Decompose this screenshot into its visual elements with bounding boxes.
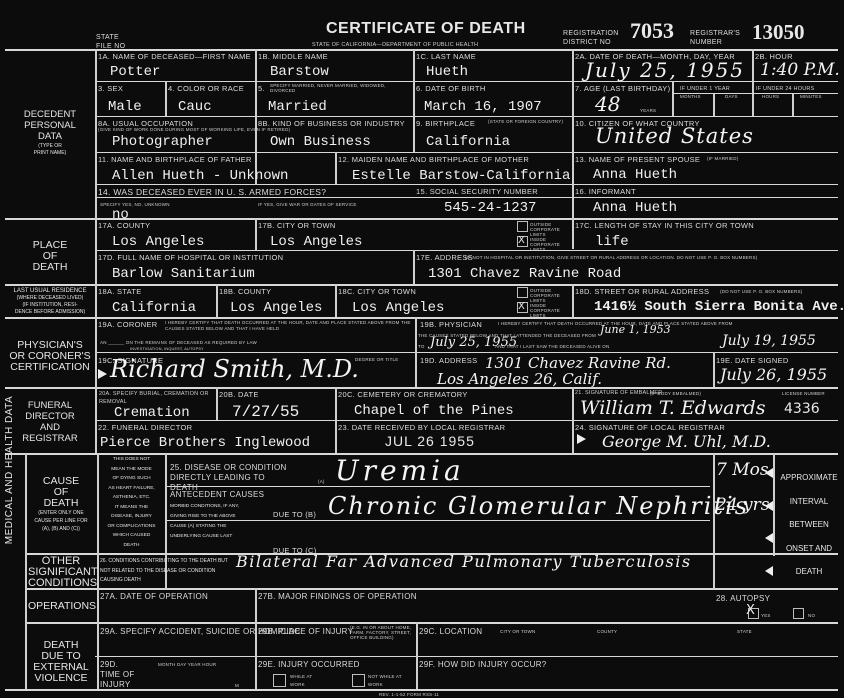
field-label: 18b. COUNTY [219,287,271,296]
months-label: MONTHS [680,94,701,99]
registrar-number: 13050 [752,20,805,45]
arrow-icon [98,369,107,379]
divider [335,152,337,185]
hours-label: HOURS [762,94,779,99]
minutes-label: MINUTES [800,94,822,99]
section-external-violence: DEATHDUE TOEXTERNALVIOLENCE [28,640,94,684]
time-of-injury-m: M [235,683,239,688]
occupation-value: Photographer [112,134,213,150]
spouse-value: Anna Hueth [593,167,677,183]
section-place-of-death: PLACEOFDEATH [8,240,92,273]
physician-to-label: TO [418,344,425,349]
residence-outside-limits-checkbox[interactable] [517,287,528,298]
ssn-value: 545-24-1237 [444,200,536,216]
interval-labels: APPROXIMATEINTERVALBETWEENONSET ANDDEATH [775,466,843,584]
divider [335,284,337,317]
field-label: 19b. PHYSICIAN [420,320,482,329]
residence-inside-limits-mark: X [518,301,525,312]
divider [95,352,838,353]
field-sublabel: (IF MARRIED) [707,156,738,161]
inside-limits-mark: X [518,235,525,246]
cause-a-value: Uremia [335,454,465,487]
arrow-icon [765,468,773,478]
autopsy-yes-label: YES [761,613,771,618]
field-label: 1a. NAME OF DECEASED—FIRST NAME [98,52,251,61]
field-label: 20c. CEMETERY OR CREMATORY [338,390,468,399]
divider [25,588,838,590]
section-certification: PHYSICIAN'SOR CORONER'SCERTIFICATION [8,340,92,373]
section-cause-of-death: CAUSEOFDEATH (ENTER ONLY ONECAUSE PER LI… [28,476,94,533]
funeral-director-value: Pierce Brothers Inglewood [100,435,310,451]
arrow-icon [765,501,773,511]
age-value: 48 [595,92,620,116]
divider [572,284,574,317]
field-sublabel: (DO NOT USE P. O. BOX NUMBERS) [720,289,802,294]
registration-district-label: REGISTRATIONDISTRICT NO [563,29,619,47]
divider [95,197,838,198]
field-label: 3. SEX [98,84,123,93]
field-label: 17c. LENGTH OF STAY IN THIS CITY OR TOWN [575,221,754,230]
location-county-label: COUNTY [597,629,617,634]
field-label: 24. SIGNATURE OF LOCAL REGISTRAR [575,423,725,432]
attended-from-value: June 1, 1953 [600,323,671,336]
not-while-at-work-checkbox[interactable] [352,674,365,687]
divider [5,317,838,319]
field-label: 20a. SPECIFY BURIAL, CREMATION OR REMOVA… [99,390,209,406]
section-medical-vertical: MEDICAL AND HEALTH DATA [4,370,15,570]
divider [713,93,715,116]
field-label: 5. [258,84,265,93]
divider [672,81,674,116]
residence-state-value: California [112,300,196,316]
interval-a-value: 7 Mos [716,460,769,480]
death-city-value: Los Angeles [270,234,362,250]
divider [5,387,838,389]
marital-status-value: Married [268,99,327,115]
autopsy-yes-mark: X [746,603,755,618]
under-year-label: IF UNDER 1 YEAR [680,86,730,92]
field-sublabel: IF YES, GIVE WAR OR DATES OF SERVICE [258,202,357,207]
section-last-residence: LAST USUAL RESIDENCE(WHERE DECEASED LIVE… [6,288,94,316]
location-city-label: CITY OR TOWN [500,629,535,634]
last-seen-value: July 19, 1955 [722,333,816,349]
field-label: 4. COLOR OR RACE [168,84,244,93]
other-conditions-value: Bilateral Far Advanced Pulmonary Tubercu… [236,552,692,571]
divider [95,152,838,153]
location-state-label: STATE [737,629,752,634]
field-label: 17a. COUNTY [98,221,150,230]
divider [415,317,417,387]
field-label: 27a. DATE OF OPERATION [100,592,208,601]
divider [413,250,415,284]
race-value: Cauc [178,99,212,115]
registrar-signature: George M. Uhl, M.D. [602,432,771,451]
outside-limits-label: OUTSIDE CORPORATE LIMITS [530,288,570,303]
field-label: 16. INFORMANT [575,187,636,196]
divider [335,387,337,453]
registration-district-number: 7053 [630,18,674,44]
section-other-conditions: OTHERSIGNIFICANTCONDITIONS [28,556,94,589]
physician-signature: Richard Smith, M.D. [110,355,359,383]
hospital-value: Barlow Sanitarium [112,266,255,282]
embalmer-signature: William T. Edwards [580,397,765,419]
divider [95,420,838,421]
field-label: 19a. CORONER [98,320,157,329]
section-decedent: DECEDENTPERSONALDATA (TYPE ORPRINT NAME) [8,109,92,156]
under-24-label: IF UNDER 24 HOURS [756,86,814,92]
divider [165,81,167,116]
field-label: 25. DISEASE OR CONDITION DIRECTLY LEADIN… [170,463,295,493]
divider [25,453,27,689]
field-label: 19e. DATE SIGNED [716,356,789,365]
while-at-work-label: WHILE AT WORK [290,673,320,689]
field-label: 8b. KIND OF BUSINESS OR INDUSTRY [258,119,405,128]
field-label: 11. NAME AND BIRTHPLACE OF FATHER [98,155,252,164]
license-label: LICENSE NUMBER [782,391,825,396]
due-to-b-label: DUE TO (B) [273,510,316,519]
field-label: 29f. HOW DID INJURY OCCUR? [419,660,547,669]
field-label: 19d. ADDRESS [420,356,477,365]
field-label: 22. FUNERAL DIRECTOR [98,423,192,432]
field-label: 1c. LAST NAME [416,52,476,61]
coroner-text-2: AN ______ ON THE REMAINS OF DECEASED AS … [100,340,257,345]
length-of-stay-value: life [595,234,629,250]
field-label: 29c. LOCATION [419,627,482,636]
autopsy-no-checkbox[interactable] [793,608,804,619]
field-sublabel: (E.G. IN OR ABOUT HOME, FARM, FACTORY, S… [350,625,420,640]
field-label: 13. NAME OF PRESENT SPOUSE [575,155,700,164]
divider [165,520,710,521]
divider [216,387,218,420]
certificate-title: CERTIFICATE OF DEATH [326,20,526,38]
informant-value: Anna Hueth [593,200,677,216]
disposition-value: Cremation [114,405,190,421]
section-operations: OPERATIONS [28,601,94,612]
last-name-value: Hueth [426,64,468,80]
field-label: 28. AUTOPSY [716,594,770,603]
cause-b-value: Chronic Glomerular Nephritis [328,492,749,520]
field-label: 18d. STREET OR RURAL ADDRESS [575,287,709,296]
physician-text-4: AND THAT I LAST SAW THE DECEASED ALIVE O… [495,344,609,349]
field-label: 7. AGE (LAST BIRTHDAY) [575,84,670,93]
field-label: 29d. TIME OF INJURY [100,660,140,690]
field-sublabel: SPECIFY MARRIED, NEVER MARRIED, WIDOWED,… [270,84,390,93]
divider [5,284,838,286]
divider [95,250,838,251]
field-label: 18a. STATE [98,287,142,296]
field-label: 18c. CITY OR TOWN [338,287,416,296]
sex-value: Male [108,99,142,115]
outside-limits-label: OUTSIDE CORPORATE LIMITS [530,222,570,237]
mother-value: Estelle Barstow-California [352,168,570,184]
field-label: 23. DATE RECEIVED BY LOCAL REGISTRAR [338,423,505,432]
divider [95,656,838,657]
field-label: 20b. DATE [219,390,259,399]
divider [216,284,218,317]
embalmer-license-value: 4336 [784,401,820,417]
divider [255,49,257,185]
not-while-at-work-label: NOT WHILE AT WORK [368,673,408,689]
field-label: 9. BIRTHPLACE [416,119,475,128]
residence-address-value: 1416½ South Sierra Bonita Ave. [594,299,844,315]
business-value: Own Business [270,134,371,150]
field-label: 26. CONDITIONS CONTRIBUTING TO THE DEATH… [100,557,235,586]
divider [572,387,574,453]
divider [5,218,838,220]
residence-city-value: Los Angeles [352,300,444,316]
divider [255,588,257,689]
divider [25,622,838,624]
date-of-death-value: July 25, 1955 [585,58,745,82]
field-label: 27b. MAJOR FINDINGS OF OPERATION [258,592,417,601]
cause-disclaimer: THIS DOES NOTMEAN THE MODEOF DYING SUCHA… [98,455,165,550]
birthplace-value: California [426,134,510,150]
inside-limits-label: INSIDE CORPORATE LIMITS [530,237,570,252]
father-value: Allen Hueth - Unknown [112,168,288,184]
field-sublabel: (IF NOT IN HOSPITAL OR INSTITUTION, GIVE… [465,255,757,260]
coroner-text-3: INVESTIGATION, INQUEST, AUTOPSY [130,347,204,351]
residence-county-value: Los Angeles [230,300,322,316]
arrow-icon [765,566,773,576]
age-unit: YEARS [640,108,656,113]
antecedent-note: MORBID CONDITIONS, IF ANY,GIVING RISE TO… [170,502,239,542]
field-sublabel: (IF BODY EMBALMED) [650,391,701,396]
disposition-date-value: 7/27/55 [232,403,299,421]
field-label: 15. SOCIAL SECURITY NUMBER [416,187,538,196]
field-label: 1b. MIDDLE NAME [258,52,328,61]
outside-limits-checkbox[interactable] [517,221,528,232]
field-sublabel: (STATE OR FOREIGN COUNTRY) [488,119,563,124]
antecedent-label: ANTECEDENT CAUSES [170,490,264,499]
certificate-subtitle: STATE OF CALIFORNIA—DEPARTMENT OF PUBLIC… [312,42,478,48]
field-sublabel: SPECIFY YES, NO, UNKNOWN [100,202,170,207]
divider [95,116,838,117]
registrar-number-label: REGISTRAR'SNUMBER [690,29,740,47]
citizenship-value: United States [595,124,754,148]
field-label: 29e. INJURY OCCURRED [258,660,360,669]
arrow-icon [577,434,586,444]
cemetery-value: Chapel of the Pines [354,403,514,419]
date-of-birth-value: March 16, 1907 [424,99,542,115]
divider [752,49,754,81]
form-number: REV. 1-1-52 FORM RSS-11 [379,692,439,697]
divider [95,184,838,185]
divider [255,218,257,250]
divider [572,49,574,249]
divider [95,49,97,453]
coroner-text: I HEREBY CERTIFY THAT DEATH OCCURRED AT … [165,320,415,332]
date-signed-value: July 26, 1955 [720,365,827,384]
divider [413,49,415,152]
arrow-icon [765,533,773,543]
date-received-stamp: JUL 26 1955 [385,433,475,449]
days-label: DAYS [725,94,738,99]
while-at-work-checkbox[interactable] [273,674,286,687]
field-label: 6. DATE OF BIRTH [416,84,486,93]
death-address-value: 1301 Chavez Ravine Road [428,266,621,282]
first-name-value: Potter [110,64,160,80]
autopsy-no-label: NO [808,613,815,618]
inside-limits-label: INSIDE CORPORATE LIMITS [530,303,570,318]
divider [713,453,715,589]
degree-label: DEGREE OR TITLE [355,357,398,362]
field-label: 17b. CITY OR TOWN [258,221,336,230]
cause-marker-a: (A) [318,479,325,484]
physician-address-line2: Los Angeles 26, Calif. [437,370,602,388]
death-county-value: Los Angeles [112,234,204,250]
middle-name-value: Barstow [270,64,329,80]
field-label: 29b. PLACE OF INJURY [258,627,353,636]
divider [792,93,794,116]
hour-of-death-value: 1:40 P.M. [760,60,840,80]
divider [752,81,754,116]
field-label: 17d. FULL NAME OF HOSPITAL OR INSTITUTIO… [98,253,283,262]
section-funeral: FUNERALDIRECTORANDREGISTRAR [8,400,92,444]
field-label: 12. MAIDEN NAME AND BIRTHPLACE OF MOTHER [338,155,529,164]
field-label: 14. WAS DECEASED EVER IN U. S. ARMED FOR… [98,187,326,197]
divider [713,352,715,387]
divider [5,49,838,51]
time-of-injury-sublabel: MONTH DAY YEAR HOUR [158,662,216,667]
